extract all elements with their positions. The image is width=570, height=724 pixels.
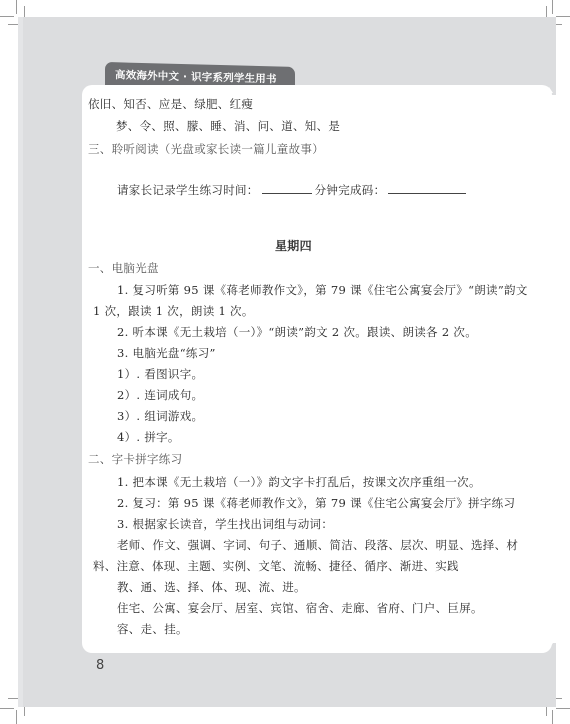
practice-sub-item: 1）. 看图识字。	[117, 366, 203, 382]
char-line: 梦、令、照、朦、睡、消、问、道、知、是	[116, 118, 340, 134]
section-two-title: 二、字卡拼字练习	[88, 451, 182, 467]
practice-sub-item: 3）. 组词游戏。	[117, 408, 203, 424]
crop-mark-top-right-h	[556, 16, 570, 17]
chars-line-2: 容、走、挂。	[117, 621, 188, 637]
words-line-3: 住宅、公寓、宴会厅、居室、宾馆、宿舍、走廊、省府、门户、巨屏。	[117, 600, 483, 616]
card-notch-top	[545, 87, 553, 93]
content-card-right-extension	[540, 95, 570, 643]
record-line: 请家长记录学生练习时间：分钟完成码：	[117, 182, 469, 198]
crop-mark-top-left-v	[16, 0, 17, 14]
record-prompt: 请家长记录学生练习时间：	[117, 183, 259, 197]
words-line-2: 料、注意、体现、主题、实例、文笔、流畅、捷径、循序、渐进、实践	[93, 558, 459, 574]
day-title: 星期四	[275, 237, 312, 254]
practice-sub-item: 4）. 拼字。	[117, 429, 180, 445]
section-three-title: 三、聆听阅读（光盘或家长读一篇儿童故事）	[88, 141, 324, 157]
crop-mark-bottom-left-v	[16, 710, 17, 724]
crop-mark-top-left-h2	[8, 24, 18, 25]
time-blank[interactable]	[262, 192, 312, 194]
words-line-1: 老师、作文、强调、字词、句子、通顺、简洁、段落、层次、明显、选择、材	[117, 537, 518, 553]
crop-mark-bottom-left-h2	[8, 698, 18, 699]
word-line: 依旧、知否、应是、绿肥、红瘦	[88, 96, 253, 112]
section-one-item1-line1: 1. 复习听第 95 课《蒋老师教作文》，第 79 课《住宅公寓宴会厅》“朗读”…	[117, 282, 528, 298]
section-one-item1-line2: 1 次，跟读 1 次，朗读 1 次。	[93, 303, 254, 319]
crop-mark-bottom-right-h	[556, 708, 570, 709]
crop-mark-top-right-v	[552, 0, 553, 14]
crop-mark-bottom-right-v	[552, 710, 553, 724]
section-two-item1: 1. 把本课《无土栽培（一）》韵文字卡打乱后，按课文次序重组一次。	[117, 474, 481, 490]
practice-sub-item: 2）. 连词成句。	[117, 387, 203, 403]
chars-line-1: 教、通、选、择、体、现、流、进。	[117, 579, 306, 595]
section-one-item3: 3. 电脑光盘“练习”	[117, 345, 216, 361]
crop-mark-bottom-left-h	[0, 708, 14, 709]
section-one-item2: 2. 听本课《无土栽培（一）》“朗读”韵文 2 次。跟读、朗读各 2 次。	[117, 324, 477, 340]
page-edge-strip	[18, 17, 23, 707]
section-two-item3: 3. 根据家长读音，学生找出词组与动词：	[117, 516, 333, 532]
minutes-label: 分钟完成码：	[315, 183, 386, 197]
code-blank[interactable]	[388, 192, 466, 194]
crop-mark-top-left-h	[0, 16, 14, 17]
section-two-item2: 2. 复习：第 95 课《蒋老师教作文》，第 79 课《住宅公寓宴会厅》拼字练习	[117, 495, 515, 511]
section-one-title: 一、电脑光盘	[88, 260, 159, 276]
card-notch-bottom	[545, 643, 553, 649]
page-number: 8	[96, 658, 104, 673]
